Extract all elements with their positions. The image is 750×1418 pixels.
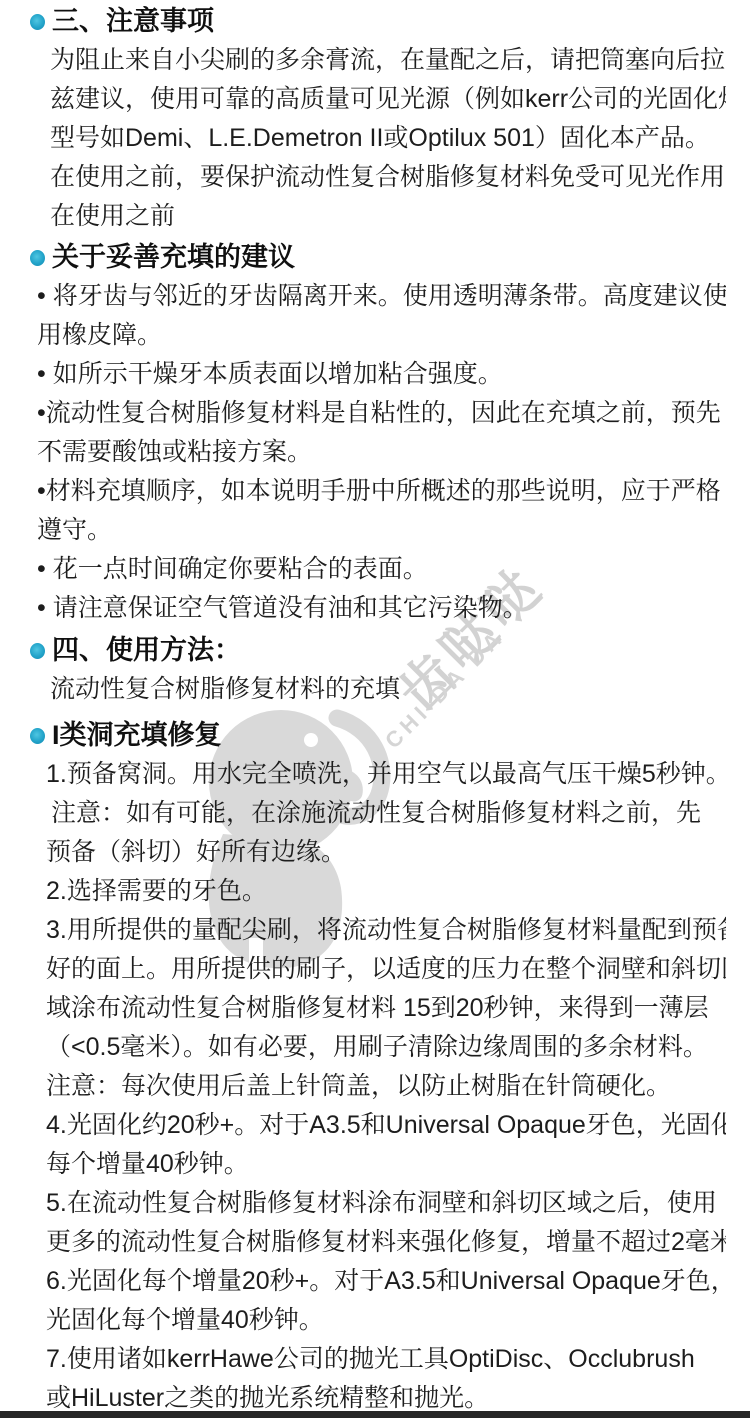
advice-item-line: • 请注意保证空气管道没有油和其它污染物。 [30, 589, 726, 628]
paragraph-line: 为阻止来自小尖刷的多余膏流，在量配之后，请把筒塞向后拉。 [30, 41, 726, 80]
heading-class1-label: I类洞充填修复 [52, 716, 222, 755]
advice-item-line: • 花一点时间确定你要粘合的表面。 [30, 550, 726, 589]
step-line: 7.使用诸如kerrHawe公司的抛光工具OptiDisc、Occlubrush [30, 1340, 726, 1379]
advice-item-line: •材料充填顺序，如本说明手册中所概述的那些说明，应于严格 [30, 472, 726, 511]
heading-precautions: 三、注意事项 [30, 2, 726, 41]
step-note-line: 预备（斜切）好所有边缘。 [30, 833, 726, 872]
advice-item-line: • 如所示干燥牙本质表面以增加粘合强度。 [30, 355, 726, 394]
advice-item-line: 遵守。 [30, 511, 726, 550]
bullet-dot-icon [30, 643, 45, 659]
paragraph-line: 在使用之前 [30, 197, 726, 236]
paragraph-line: 在使用之前，要保护流动性复合树脂修复材料免受可见光作用。 [30, 158, 726, 197]
step-line: 4.光固化约20秒+。对于A3.5和Universal Opaque牙色，光固化 [30, 1106, 726, 1145]
advice-item-line: 用橡皮障。 [30, 316, 726, 355]
document-content: 三、注意事项 为阻止来自小尖刷的多余膏流，在量配之后，请把筒塞向后拉。 兹建议，… [0, 0, 750, 1418]
usage-subtitle-line: 流动性复合树脂修复材料的充填 [30, 670, 726, 709]
step-line: 3.用所提供的量配尖刷，将流动性复合树脂修复材料量配到预备 [30, 911, 726, 950]
step-line: 域涂布流动性复合树脂修复材料 15到20秒钟，来得到一薄层 [30, 989, 726, 1028]
heading-filling-advice-label: 关于妥善充填的建议 [52, 238, 295, 277]
step-line: 光固化每个增量40秒钟。 [30, 1301, 726, 1340]
step-line: 更多的流动性复合树脂修复材料来强化修复，增量不超过2毫米。 [30, 1223, 726, 1262]
paragraph-line: 型号如Demi、L.E.Demetron II或Optilux 501）固化本产… [30, 119, 726, 158]
heading-usage: 四、使用方法： [30, 631, 726, 670]
step-line: 每个增量40秒钟。 [30, 1145, 726, 1184]
step-line: 6.光固化每个增量20秒+。对于A3.5和Universal Opaque牙色， [30, 1262, 726, 1301]
step-line: （<0.5毫米）。如有必要，用刷子清除边缘周围的多余材料。 [30, 1028, 726, 1067]
step-line: 1.预备窝洞。用水完全喷洗，并用空气以最高气压干燥5秒钟。 [30, 755, 726, 794]
step-note-line: 注意：如有可能，在涂施流动性复合树脂修复材料之前，先 [30, 794, 726, 833]
bullet-dot-icon [30, 14, 45, 30]
advice-item-line: • 将牙齿与邻近的牙齿隔离开来。使用透明薄条带。高度建议使 [30, 277, 726, 316]
heading-usage-label: 四、使用方法： [52, 631, 241, 670]
heading-class1-restoration: I类洞充填修复 [30, 716, 726, 755]
advice-item-line: •流动性复合树脂修复材料是自粘性的，因此在充填之前，预先 [30, 394, 726, 433]
advice-item-line: 不需要酸蚀或粘接方案。 [30, 433, 726, 472]
heading-filling-advice: 关于妥善充填的建议 [30, 238, 726, 277]
step-line: 好的面上。用所提供的刷子，以适度的压力在整个洞壁和斜切区 [30, 950, 726, 989]
step-line: 2.选择需要的牙色。 [30, 872, 726, 911]
bottom-divider-bar [0, 1411, 750, 1418]
step-note-line: 注意：每次使用后盖上针筒盖，以防止树脂在针筒硬化。 [30, 1067, 726, 1106]
bullet-dot-icon [30, 728, 45, 744]
step-line: 5.在流动性复合树脂修复材料涂布洞壁和斜切区域之后，使用 [30, 1184, 726, 1223]
heading-precautions-label: 三、注意事项 [52, 2, 214, 41]
paragraph-line: 兹建议，使用可靠的高质量可见光源（例如kerr公司的光固化灯： [30, 80, 726, 119]
bullet-dot-icon [30, 250, 45, 266]
instruction-page: 齿哒哒 CHI DA DA 三、注意事项 为阻止来自小尖刷的多余膏流，在量配之后… [0, 0, 750, 1418]
